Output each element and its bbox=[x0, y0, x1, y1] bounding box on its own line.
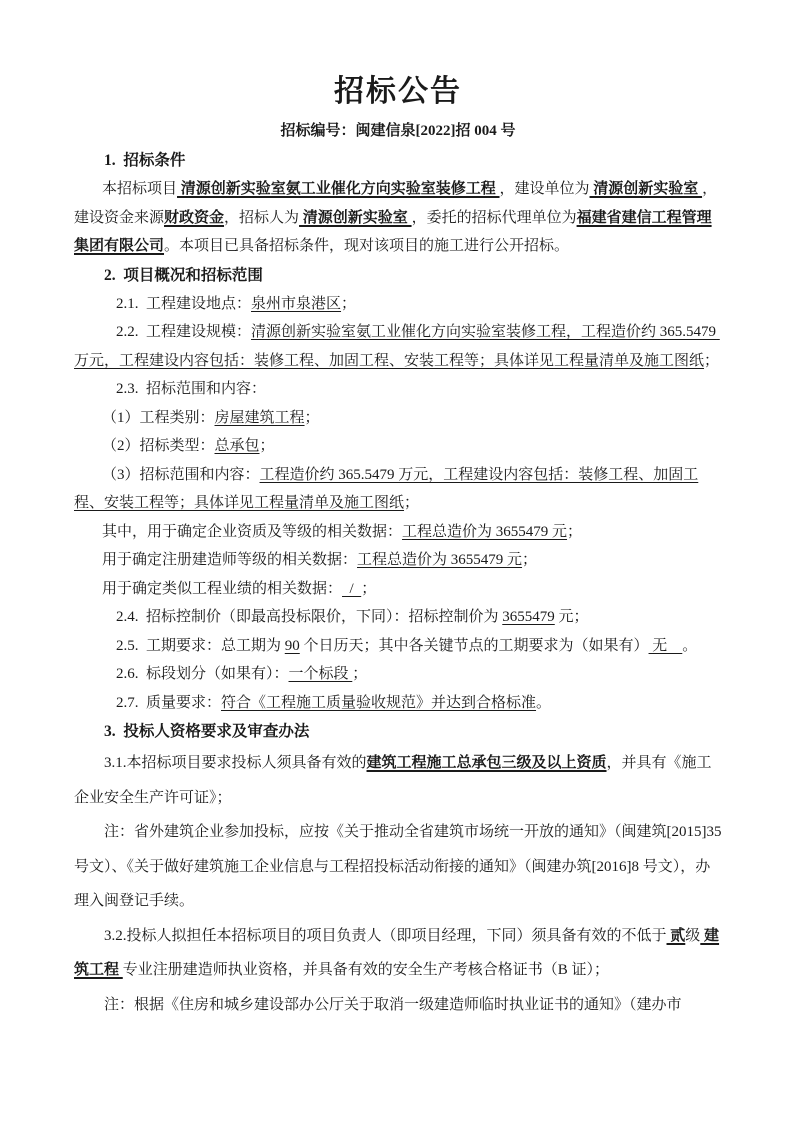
text-segment: 工程总造价为 3655479 元 bbox=[357, 552, 522, 568]
text-segment: 泉州市泉港区 bbox=[251, 296, 341, 312]
text-segment: 90 bbox=[285, 638, 300, 654]
text-segment: ，建设单位为 bbox=[500, 181, 590, 197]
text-segment: 符合《工程施工质量验收规范》并达到合格标准 bbox=[221, 695, 536, 711]
text-segment: ； bbox=[361, 581, 376, 597]
text-segment: 3. 投标人资格要求及审查办法 bbox=[104, 723, 309, 740]
text-segment: 无 bbox=[649, 638, 683, 654]
paragraph: 注：根据《住房和城乡建设部办公厅关于取消一级建造师临时执业证书的通知》（建办市 bbox=[74, 988, 722, 1023]
text-segment: ； bbox=[567, 524, 582, 540]
text-segment: ； bbox=[305, 410, 320, 426]
text-segment: 工程总造价为 3655479 元 bbox=[402, 524, 567, 540]
paragraph: 本招标项目 清源创新实验室氨工业催化方向实验室装修工程 ，建设单位为 清源创新实… bbox=[74, 175, 722, 261]
text-segment: ； bbox=[341, 296, 356, 312]
text-segment: 专业注册建造师执业资格，并具备有效的安全生产考核合格证书（B 证）； bbox=[123, 962, 609, 978]
text-segment: ； bbox=[352, 666, 367, 682]
text-segment: 3.1.本招标项目要求投标人须具备有效的 bbox=[104, 755, 367, 771]
text-segment: 建筑工程施工总承包三级及以上资质 bbox=[367, 755, 607, 771]
text-segment: 贰 bbox=[667, 928, 686, 944]
paragraph: 2.1. 工程建设地点：泉州市泉港区； bbox=[74, 290, 722, 319]
text-segment: ； bbox=[404, 495, 419, 511]
text-segment: 注：省外建筑企业参加投标，应按《关于推动全省建筑市场统一开放的通知》（闽建筑[2… bbox=[74, 824, 725, 909]
text-segment: 1. 招标条件 bbox=[104, 152, 185, 169]
paragraph: （3）招标范围和内容：工程造价约 365.5479 万元，工程建设内容包括：装修… bbox=[74, 461, 722, 518]
text-segment: （1）工程类别： bbox=[102, 410, 215, 426]
paragraph: 2.4. 招标控制价（即最高投标限价，下同）：招标控制价为 3655479 元； bbox=[74, 603, 722, 632]
text-segment: 其中，用于确定企业资质及等级的相关数据： bbox=[102, 524, 402, 540]
doc-number: 招标编号：闽建信泉[2022]招 004 号 bbox=[74, 120, 722, 142]
text-segment: 2.1. 工程建设地点： bbox=[116, 296, 251, 312]
text-segment: （3）招标范围和内容： bbox=[102, 467, 260, 483]
text-segment: 清源创新实验室 bbox=[299, 210, 412, 226]
text-segment: 。 bbox=[682, 638, 697, 654]
text-segment: 本招标项目 bbox=[102, 181, 177, 197]
text-segment: ，招标人为 bbox=[224, 210, 299, 226]
paragraph: 3.2.投标人拟担任本招标项目的项目负责人（即项目经理，下同）须具备有效的不低于… bbox=[74, 919, 722, 988]
text-segment: （2）招标类型： bbox=[102, 438, 215, 454]
paragraph: 用于确定类似工程业绩的相关数据： / ； bbox=[74, 575, 722, 604]
paragraph: 2.3. 招标范围和内容： bbox=[74, 375, 722, 404]
text-segment: ； bbox=[522, 552, 537, 568]
text-segment: ； bbox=[260, 438, 275, 454]
paragraph: 2.2. 工程建设规模：清源创新实验室氨工业催化方向实验室装修工程，工程造价约 … bbox=[74, 318, 722, 375]
doc-title: 招标公告 bbox=[74, 72, 722, 112]
text-segment: 级 bbox=[685, 928, 700, 944]
paragraph: 3.1.本招标项目要求投标人须具备有效的建筑工程施工总承包三级及以上资质，并具有… bbox=[74, 746, 722, 815]
section-heading: 2. 项目概况和招标范围 bbox=[74, 261, 722, 290]
paragraph: （2）招标类型：总承包； bbox=[74, 432, 722, 461]
text-segment: ，委托的招标代理单位为 bbox=[412, 210, 577, 226]
text-segment: 2.4. 招标控制价（即最高投标限价，下同）：招标控制价为 bbox=[116, 609, 502, 625]
text-segment: 2.3. 招标范围和内容： bbox=[116, 381, 266, 397]
text-segment: 总承包 bbox=[215, 438, 260, 454]
paragraph: 2.6. 标段划分（如果有）：一个标段 ； bbox=[74, 660, 722, 689]
section-heading: 1. 招标条件 bbox=[74, 146, 722, 175]
text-segment: 房屋建筑工程 bbox=[215, 410, 305, 426]
document-page: 招标公告 招标编号：闽建信泉[2022]招 004 号 1. 招标条件本招标项目… bbox=[0, 0, 793, 1122]
paragraph: 2.5. 工期要求：总工期为 90 个日历天；其中各关键节点的工期要求为（如果有… bbox=[74, 632, 722, 661]
text-segment: 2.6. 标段划分（如果有）： bbox=[116, 666, 289, 682]
text-segment: 清源创新实验室氨工业催化方向实验室装修工程 bbox=[177, 181, 500, 197]
paragraph: 其中，用于确定企业资质及等级的相关数据：工程总造价为 3655479 元； bbox=[74, 518, 722, 547]
text-segment: 2.2. 工程建设规模： bbox=[116, 324, 251, 340]
paragraph: 注：省外建筑企业参加投标，应按《关于推动全省建筑市场统一开放的通知》（闽建筑[2… bbox=[74, 815, 722, 919]
paragraph: 2.7. 质量要求：符合《工程施工质量验收规范》并达到合格标准。 bbox=[74, 689, 722, 718]
paragraph: 用于确定注册建造师等级的相关数据：工程总造价为 3655479 元； bbox=[74, 546, 722, 575]
text-segment: 3655479 bbox=[502, 609, 555, 625]
document-body: 1. 招标条件本招标项目 清源创新实验室氨工业催化方向实验室装修工程 ，建设单位… bbox=[74, 146, 722, 1022]
text-segment: 一个标段 bbox=[289, 666, 353, 682]
text-segment: 财政资金 bbox=[164, 210, 224, 226]
text-segment: 用于确定注册建造师等级的相关数据： bbox=[102, 552, 357, 568]
text-segment: 元； bbox=[555, 609, 589, 625]
paragraph: （1）工程类别：房屋建筑工程； bbox=[74, 404, 722, 433]
text-segment: 个日历天；其中各关键节点的工期要求为（如果有） bbox=[300, 638, 649, 654]
text-segment: ； bbox=[704, 353, 719, 369]
text-segment: 2.7. 质量要求： bbox=[116, 695, 221, 711]
text-segment: 用于确定类似工程业绩的相关数据： bbox=[102, 581, 342, 597]
text-segment: 2. 项目概况和招标范围 bbox=[104, 267, 263, 284]
section-heading: 3. 投标人资格要求及审查办法 bbox=[74, 717, 722, 746]
text-segment: 清源创新实验室 bbox=[590, 181, 703, 197]
text-segment: 2.5. 工期要求：总工期为 bbox=[116, 638, 285, 654]
text-segment: 。 bbox=[536, 695, 551, 711]
text-segment: 。本项目已具备招标条件，现对该项目的施工进行公开招标。 bbox=[164, 238, 569, 254]
text-segment: / bbox=[342, 581, 361, 597]
text-segment: 3.2.投标人拟担任本招标项目的项目负责人（即项目经理，下同）须具备有效的不低于 bbox=[104, 928, 667, 944]
text-segment: 注：根据《住房和城乡建设部办公厅关于取消一级建造师临时执业证书的通知》（建办市 bbox=[104, 997, 682, 1013]
